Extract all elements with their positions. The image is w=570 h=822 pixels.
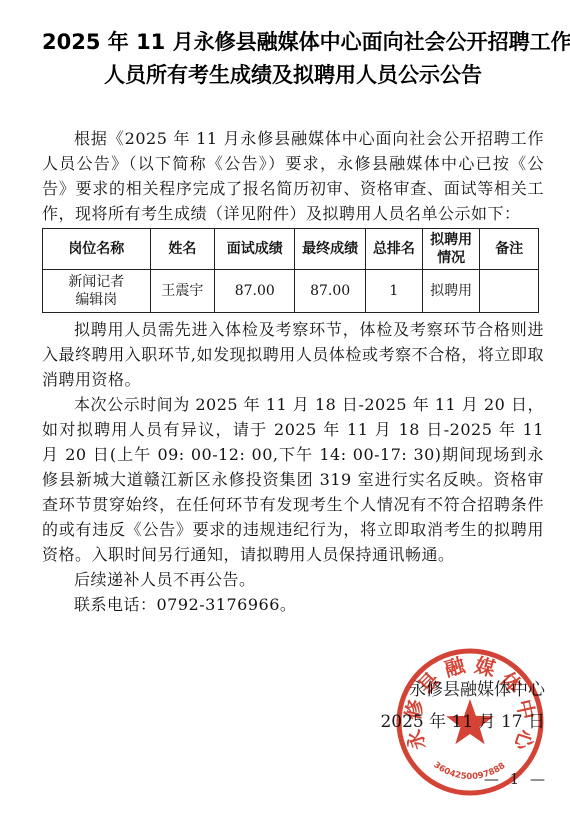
- column-header-interview-score: 面试成绩: [215, 229, 295, 270]
- column-header-name: 姓名: [150, 229, 214, 270]
- signature-org: 永修县融媒体中心: [380, 674, 545, 706]
- paragraph-publicity-period: 本次公示时间为 2025 年 11 月 18 日-2025 年 11 月 20 …: [42, 392, 544, 567]
- cell-final-score: 87.00: [295, 270, 365, 313]
- paragraph-supplement: 后续递补人员不再公告。: [42, 567, 544, 592]
- column-header-remarks: 备注: [480, 229, 539, 270]
- paragraph-contact-phone: 联系电话：0792-3176966。: [42, 592, 544, 617]
- cell-remarks: [480, 270, 539, 313]
- column-header-final-score: 最终成绩: [295, 229, 365, 270]
- page-title-line-1: 2025 年 11 月永修县融媒体中心面向社会公开招聘工作: [42, 26, 544, 59]
- page-number: — 1 —: [484, 770, 548, 788]
- column-header-hiring-status: 拟聘用 情况: [422, 229, 480, 270]
- column-header-rank: 总排名: [365, 229, 422, 270]
- cell-rank: 1: [365, 270, 422, 313]
- table-row: 新闻记者 编辑岗 王震宇 87.00 87.00 1 拟聘用: [43, 270, 539, 313]
- announcement-page: 2025 年 11 月永修县融媒体中心面向社会公开招聘工作 人员所有考生成绩及拟…: [0, 0, 570, 617]
- page-title-line-2: 人员所有考生成绩及拟聘用人员公示公告: [42, 59, 544, 92]
- paragraph-process: 拟聘用人员需先进入体检及考察环节，体检及考察环节合格则进入最终聘用入职环节,如发…: [42, 317, 544, 392]
- column-header-position: 岗位名称: [43, 229, 151, 270]
- cell-interview-score: 87.00: [215, 270, 295, 313]
- table-header-row: 岗位名称 姓名 面试成绩 最终成绩 总排名 拟聘用 情况 备注: [43, 229, 539, 270]
- cell-hiring-status: 拟聘用: [422, 270, 480, 313]
- paragraph-intro: 根据《2025 年 11 月永修县融媒体中心面向社会公开招聘工作人员公告》（以下…: [42, 126, 544, 226]
- cell-name: 王震宇: [150, 270, 214, 313]
- page-title: 2025 年 11 月永修县融媒体中心面向社会公开招聘工作 人员所有考生成绩及拟…: [42, 26, 544, 92]
- signature-date: 2025 年 11 月 17 日: [380, 706, 545, 738]
- cell-position: 新闻记者 编辑岗: [43, 270, 151, 313]
- document-body: 根据《2025 年 11 月永修县融媒体中心面向社会公开招聘工作人员公告》（以下…: [42, 126, 544, 617]
- signature-block: 永修县融媒体中心 2025 年 11 月 17 日: [380, 674, 545, 738]
- results-table: 岗位名称 姓名 面试成绩 最终成绩 总排名 拟聘用 情况 备注 新闻记者 编辑岗…: [42, 228, 539, 313]
